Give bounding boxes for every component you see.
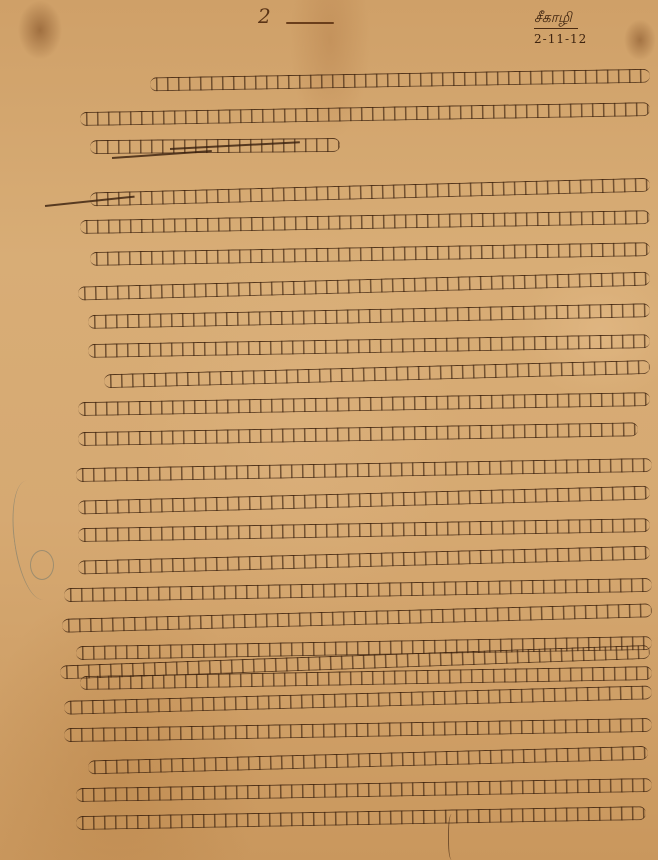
page-number: 2 [258, 4, 271, 28]
handwritten-line [88, 300, 658, 334]
handwritten-line [78, 542, 658, 579]
handwritten-line [78, 268, 658, 305]
handwritten-line [78, 482, 658, 519]
handwritten-line [80, 99, 658, 131]
handwritten-line [64, 715, 658, 747]
vertical-pen-stroke [448, 814, 457, 860]
pencil-margin-loop [30, 550, 54, 580]
manuscript-page: 2 சீகாழி 2-11-12 [0, 0, 658, 860]
handwritten-line [90, 175, 658, 212]
handwritten-line [150, 66, 658, 97]
handwritten-line [90, 239, 658, 271]
handwritten-line [78, 515, 658, 547]
corner-note: சீகாழி 2-11-12 [534, 8, 644, 50]
handwritten-line [62, 600, 658, 638]
pencil-margin-mark [6, 478, 63, 603]
handwritten-line [78, 419, 658, 451]
handwritten-line [78, 389, 658, 421]
handwritten-line [76, 803, 658, 835]
letter-date: 2-11-12 [534, 32, 587, 46]
handwritten-line [76, 775, 658, 807]
handwritten-line [88, 743, 658, 780]
page-number-underline [286, 22, 334, 24]
place-name: சீகாழி [534, 8, 578, 29]
handwritten-line [80, 207, 658, 239]
handwritten-line [104, 357, 658, 393]
handwritten-line [76, 455, 658, 487]
